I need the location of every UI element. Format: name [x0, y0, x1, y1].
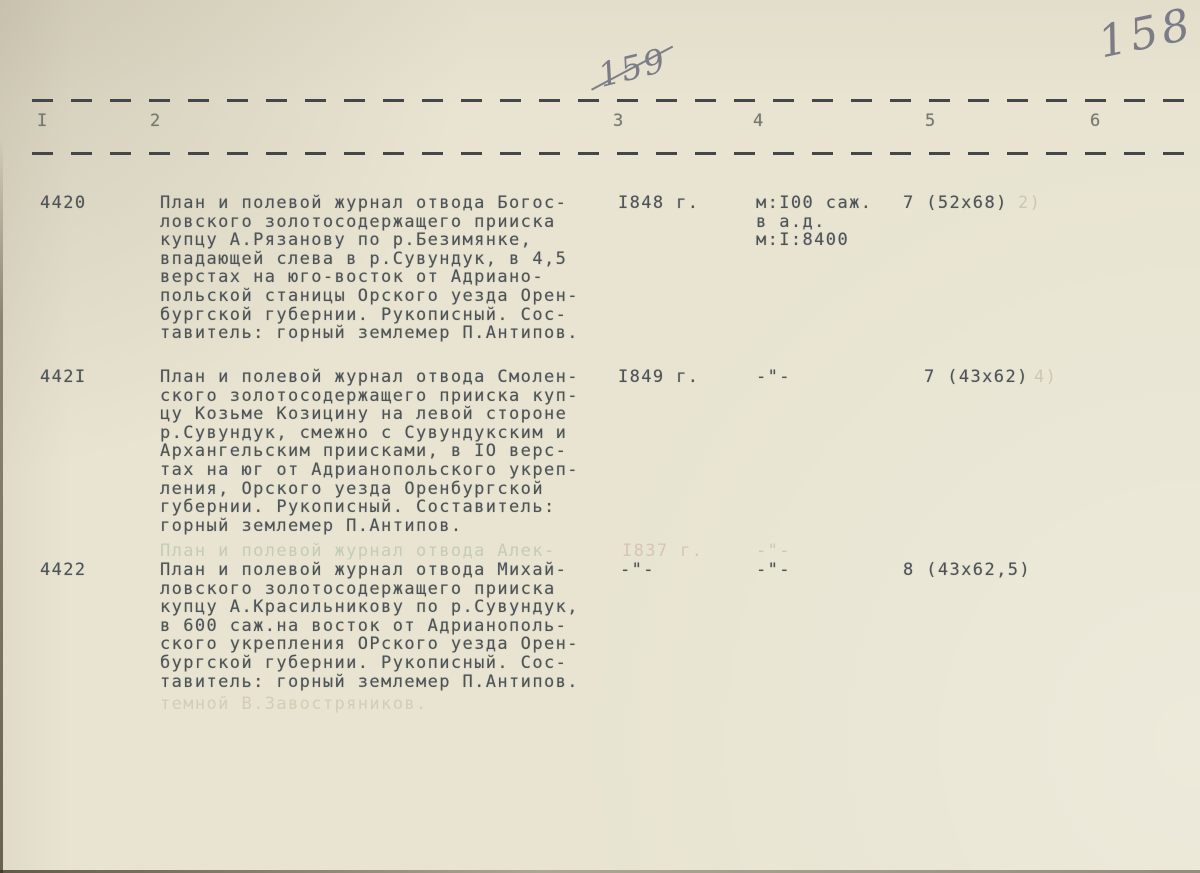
entry-sheets: 8 (43х62,5) — [903, 561, 1031, 580]
bleedthrough-fragment: 4) — [1034, 368, 1057, 387]
column-header-6: 6 — [1090, 111, 1101, 131]
bleedthrough-fragment: 2) — [1018, 194, 1041, 213]
entry-number: 442I — [40, 368, 87, 387]
entry-number: 4420 — [40, 194, 87, 213]
crossed-out-page-number: 159 — [594, 40, 670, 95]
bleedthrough-scale: -"- — [756, 542, 791, 561]
column-header-5: 5 — [925, 111, 936, 131]
entry-sheets: 7 (52х68) — [903, 194, 1008, 213]
column-header-3: 3 — [613, 111, 624, 131]
scanned-archive-inventory-page: 158 159 I 2 3 4 5 6 4420 План и полевой … — [0, 0, 1200, 873]
entry-description: План и полевой журнал отвода Смолен- ско… — [160, 368, 605, 535]
column-header-2: 2 — [150, 111, 161, 131]
entry-date: I849 г. — [618, 368, 699, 387]
entry-scale: м:I00 саж. в а.д. м:I:8400 — [756, 194, 872, 250]
column-header-1: I — [37, 111, 48, 131]
entry-description: План и полевой журнал отвода Михай- ловс… — [160, 561, 605, 691]
table-header-rule-top — [32, 99, 1200, 102]
column-header-4: 4 — [753, 111, 764, 131]
entry-scale: -"- — [756, 368, 791, 387]
bleedthrough-bottom-line: темной В.Завостряников. — [160, 695, 605, 714]
entry-number: 4422 — [40, 561, 87, 580]
entry-description: План и полевой журнал отвода Богос- ловс… — [160, 194, 605, 343]
table-header-rule-bottom — [32, 152, 1200, 155]
entry-date: -"- — [620, 561, 655, 580]
handwritten-page-number: 158 — [1094, 0, 1198, 68]
entry-date: I848 г. — [618, 194, 699, 213]
scan-edge-left — [0, 138, 3, 873]
bleedthrough-date: I837 г. — [622, 542, 703, 561]
entry-scale: -"- — [756, 561, 791, 580]
bleedthrough-description: План и полевой журнал отвода Алек- — [160, 542, 605, 561]
entry-sheets: 7 (43х62) — [924, 368, 1029, 387]
